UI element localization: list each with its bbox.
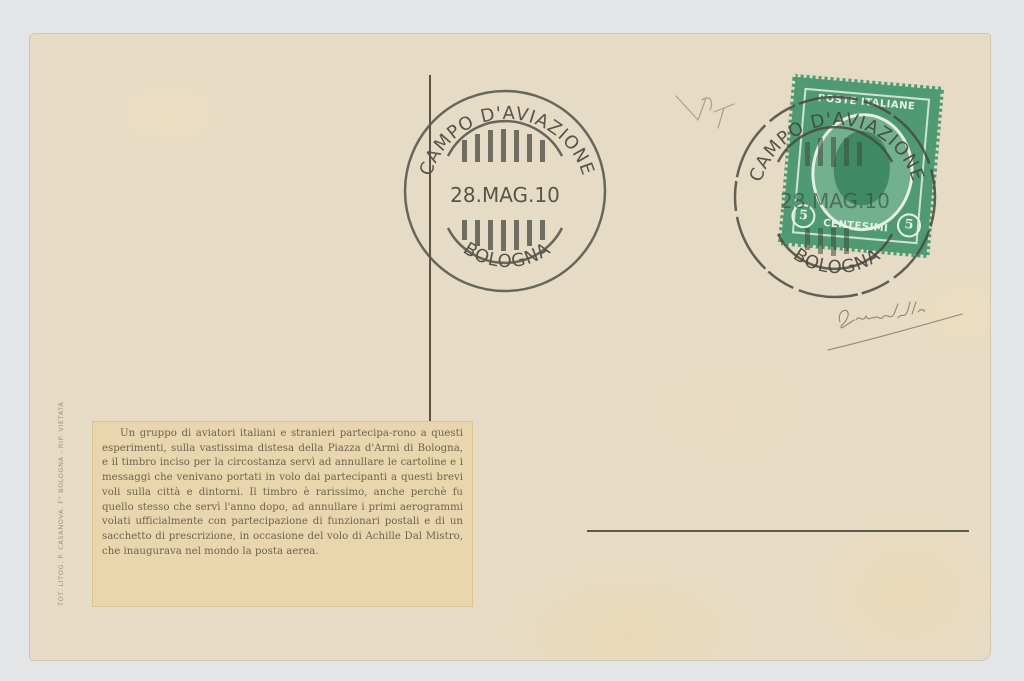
svg-text:28.MAG.10: 28.MAG.10 [780,189,890,213]
svg-text:BOLOGNA: BOLOGNA [789,244,884,278]
postmark-right: CAMPO D'AVIAZIONE 28.MAG.10 BOLOGNA [730,92,940,302]
postmark-left: CAMPO D'AVIAZIONE 28.MAG.10 BOLOGNA [400,86,610,296]
printer-credit: TOT. LITOG. P. CASANOVA. F° BOLOGNA - RI… [57,402,65,606]
pencil-mark [672,90,742,134]
caption-text: Un gruppo di aviatori italiani e stranie… [92,421,473,559]
pencil-signature [820,296,970,358]
svg-text:BOLOGNA: BOLOGNA [459,238,554,272]
caption-clipping: Un gruppo di aviatori italiani e stranie… [92,421,473,607]
address-line [587,530,969,532]
svg-text:28.MAG.10: 28.MAG.10 [450,183,560,207]
